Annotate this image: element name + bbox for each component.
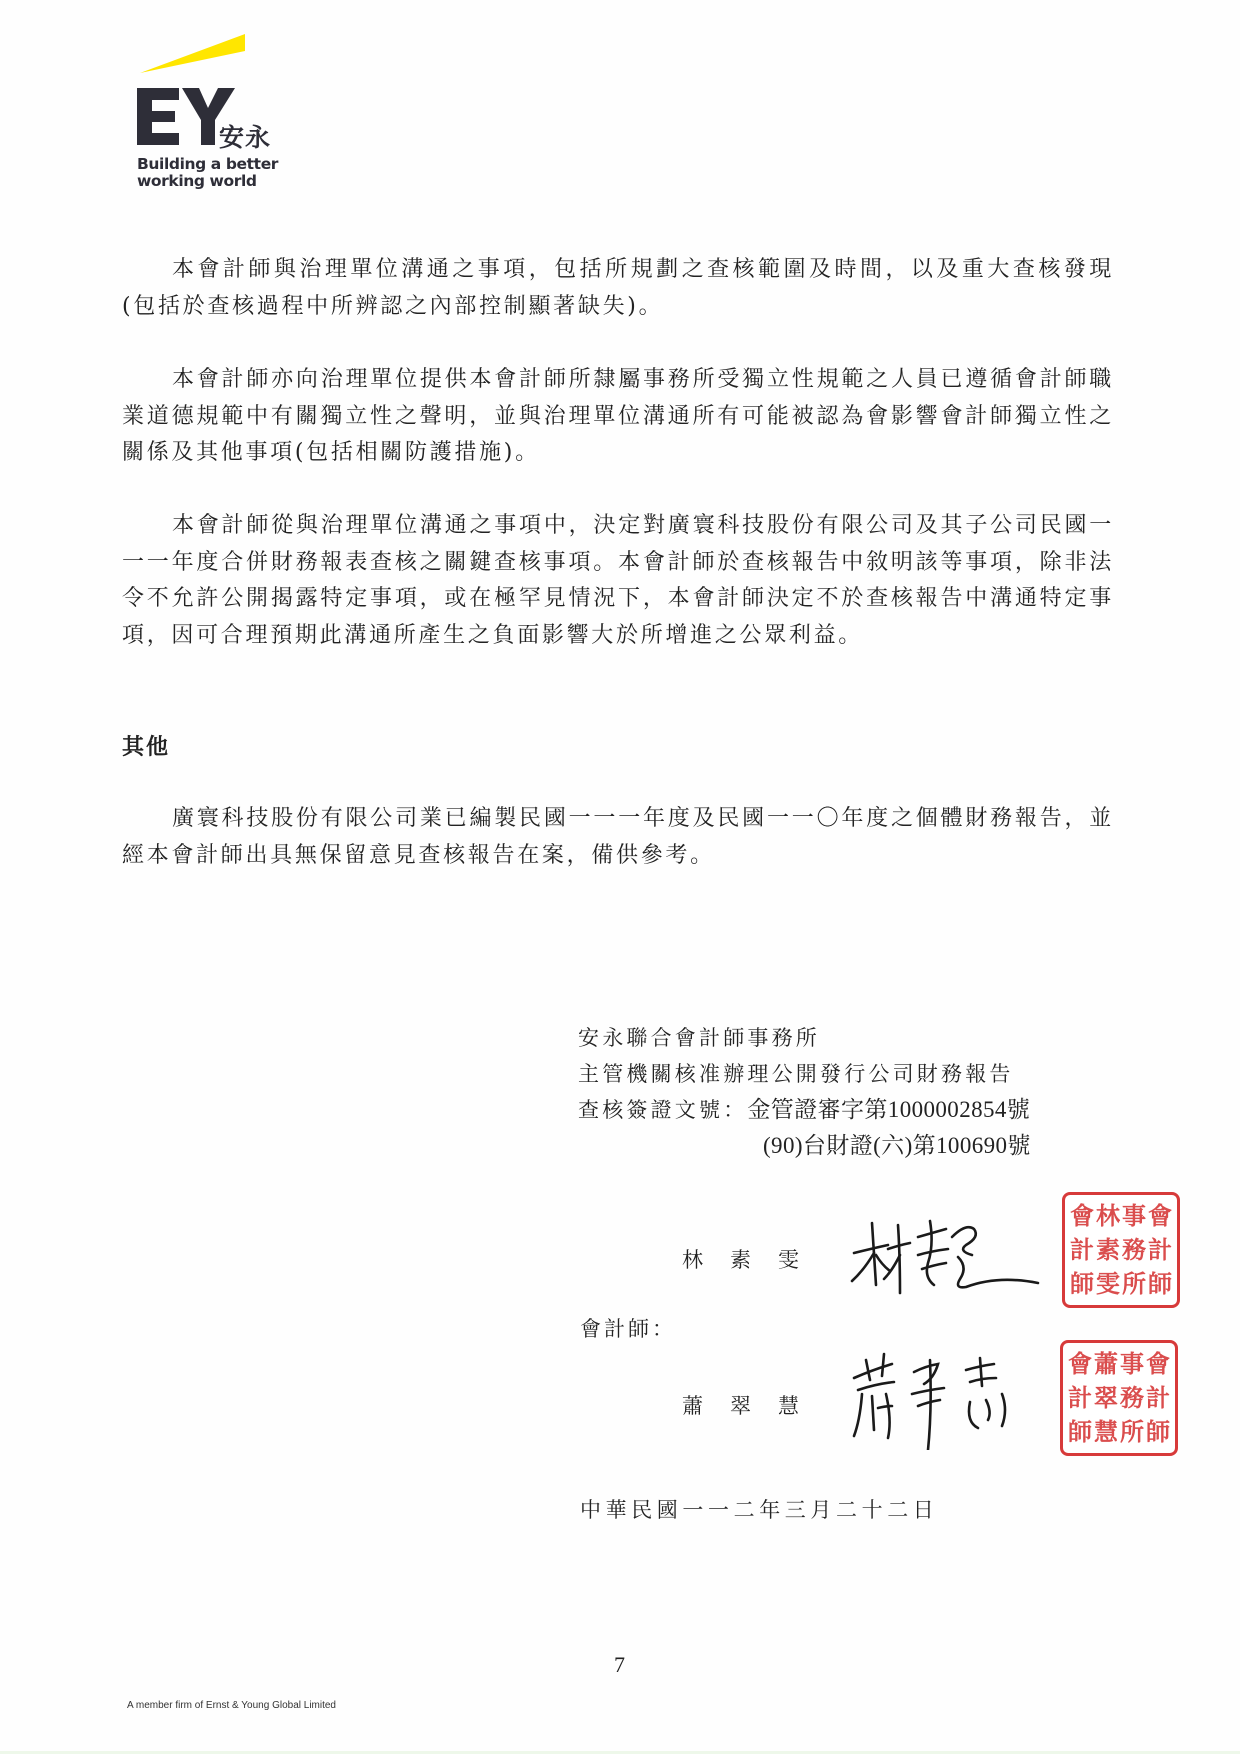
report-date: 中華民國一一二年三月二十二日 bbox=[580, 1494, 938, 1524]
seal-stamp-2: 會 蕭 事 會 計 翠 務 計 師 慧 所 師 bbox=[1060, 1340, 1178, 1456]
cert-number-1: 金管證審字第1000002854號 bbox=[747, 1097, 1030, 1122]
cert-label: 查核簽證文號： bbox=[578, 1098, 747, 1122]
handwritten-signature-2-icon bbox=[852, 1350, 1042, 1450]
paragraph-other: 廣寰科技股份有限公司業已編製民國一一一年度及民國一一〇年度之個體財務報告，並經本… bbox=[122, 801, 1114, 874]
paragraph-key-audit-matters: 本會計師從與治理單位溝通之事項中，決定對廣寰科技股份有限公司及其子公司民國一一一… bbox=[122, 508, 1114, 654]
firm-block: 安永聯合會計師事務所 主管機關核准辦理公開發行公司財務報告 查核簽證文號：金管證… bbox=[578, 1020, 1031, 1164]
paragraph-communication-scope: 本會計師與治理單位溝通之事項，包括所規劃之查核範圍及時間，以及重大查核發現(包括… bbox=[122, 252, 1114, 325]
cpa-label: 會計師： bbox=[580, 1313, 676, 1343]
firm-name: 安永聯合會計師事務所 bbox=[578, 1020, 1031, 1056]
footer-member-firm: A member firm of Ernst & Young Global Li… bbox=[127, 1700, 336, 1711]
logo-chinese-name: 安永 bbox=[219, 118, 271, 154]
document-page: 安永 Building a better working world 本會計師與… bbox=[0, 0, 1240, 1754]
firm-cert-line: 查核簽證文號：金管證審字第1000002854號 bbox=[578, 1092, 1031, 1128]
paragraph-independence: 本會計師亦向治理單位提供本會計師所隸屬事務所受獨立性規範之人員已遵循會計師職業道… bbox=[122, 362, 1114, 472]
logo-tagline: Building a better working world bbox=[137, 156, 278, 190]
signer-name-1: 林素雯 bbox=[682, 1244, 826, 1274]
cert-number-2: (90)台財證(六)第100690號 bbox=[578, 1128, 1031, 1164]
ey-logo: 安永 Building a better working world bbox=[137, 34, 287, 196]
signer-name-2: 蕭翠慧 bbox=[682, 1390, 826, 1420]
firm-approval-line: 主管機關核准辦理公開發行公司財務報告 bbox=[578, 1056, 1031, 1092]
handwritten-signature-1-icon bbox=[848, 1215, 1048, 1305]
section-heading-other: 其他 bbox=[122, 730, 170, 761]
page-number: 7 bbox=[614, 1652, 625, 1678]
seal-stamp-1: 會 林 事 會 計 素 務 計 師 雯 所 師 bbox=[1062, 1192, 1180, 1308]
